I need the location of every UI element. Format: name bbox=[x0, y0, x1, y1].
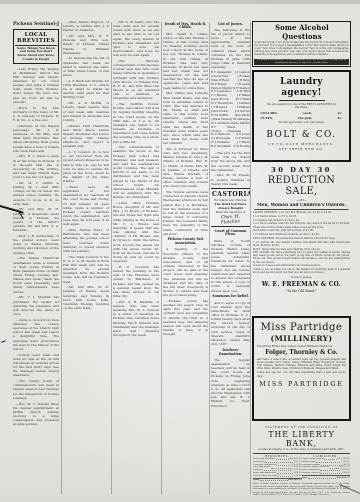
laundry-unit: the pair, bbox=[298, 116, 312, 120]
news-paragraph: —Miss Nannie Hiott, of Bethlehem, who ha… bbox=[63, 228, 109, 253]
news-paragraph: She is survived by three sons and two da… bbox=[163, 147, 208, 189]
partridge-firm: Folger, Thornley & Co. bbox=[259, 349, 344, 356]
laundry-ad-outro: We will appreciate your patronage. bbox=[257, 121, 346, 124]
freeman-co-name: W. E. FREEMAN & CO. bbox=[255, 281, 347, 288]
bank-item-label: Checks and cash items bbox=[253, 475, 278, 478]
castoria-line2: The Kind You Have Always Bought bbox=[211, 202, 250, 210]
laundry-unit: each, bbox=[303, 111, 312, 115]
news-column-4: Death of Mrs. Heath B. Childs.Mrs. Sarah… bbox=[163, 20, 208, 496]
news-paragraph: —L. T. Cureton, Jr., is now so far recov… bbox=[63, 150, 109, 183]
castoria-ad: CASTORIAFor Infants and Children.The Kin… bbox=[211, 188, 250, 228]
bolt-co-name: BOLT & CO. bbox=[259, 129, 344, 140]
leader-dots bbox=[260, 479, 288, 481]
sale-subtitle: Men, Women and Children's Oxfords. bbox=[254, 203, 348, 210]
news-paragraph: —Mr. and Mrs. W. H. Jenkins, of Easley, … bbox=[63, 285, 109, 310]
news-paragraph: —Rev. S. B. Mauldin, of Seneca, who has … bbox=[113, 300, 159, 337]
column-text-flow: —Last Friday the singing at Bethlehem ch… bbox=[13, 67, 59, 427]
sale-title: REDUCTION SALE, bbox=[255, 175, 348, 197]
article-headline: Court of Common Pleas. bbox=[211, 230, 250, 238]
news-paragraph: —Little Miss Hiddens Bruce, daughter of … bbox=[113, 201, 159, 263]
laundry-price-list: COLLARS,each,2c.CUFFS,the pair,4c. bbox=[257, 111, 346, 120]
sale-line: 1 lot, button, all over Patent Leather, … bbox=[253, 241, 350, 247]
column-rule bbox=[209, 22, 210, 494]
bank-located-line: located at Liberty, S. C., at the close … bbox=[253, 448, 350, 451]
miss-partridge-millinery-ad: Miss Partridge (MILLINERY) Everything Br… bbox=[252, 316, 351, 421]
bank-total-row: Total$42,499.73 bbox=[253, 478, 302, 482]
sale-line: 1 lot, better grade, $1.75 to $2.25. bbox=[253, 215, 350, 218]
news-paragraph: —J. F. Bush left Sunday for Little Mount… bbox=[63, 79, 109, 100]
partridge-line2: and have a select line of pattern hats, … bbox=[257, 358, 346, 370]
news-paragraph: —Quite a crowd from here attended the cl… bbox=[13, 318, 59, 351]
news-paragraph: —R. E. Goodwin has rented the building i… bbox=[113, 265, 159, 298]
advertising-column: Some Alcohol Questions Is alcohol a toni… bbox=[252, 20, 353, 498]
bank-note2: Sworn to and subscribed before me this 4… bbox=[253, 492, 350, 497]
local-brevities-subtitle: Some Things You Know and Some You Don't … bbox=[15, 47, 57, 62]
laundry-item: COLLARS, bbox=[261, 111, 278, 115]
juror-name: E D Robins bbox=[234, 145, 250, 149]
laundry-item: CUFFS, bbox=[261, 116, 273, 120]
article-headline: Pickens County Fair Association. bbox=[163, 238, 208, 246]
news-paragraph: —Pickens county has another big peach cr… bbox=[163, 299, 208, 336]
freeman-tagline: "At the Old Stand." bbox=[253, 289, 350, 293]
bank-table: RESOURCES. Loans and discounts$28,662.90… bbox=[253, 453, 350, 482]
bank-liabilities-rows: Capital stock paid in$15,000.00Surplus f… bbox=[302, 458, 351, 479]
news-paragraph: —Cotton seed meal and hulls for sale at … bbox=[13, 353, 59, 378]
divider-rule bbox=[279, 100, 325, 101]
article-headline: Teachers' Examination. bbox=[211, 349, 250, 357]
news-paragraph: —The county board of commissioners will … bbox=[13, 379, 59, 400]
bank-note1: State of South Carolina, County of Picke… bbox=[253, 483, 350, 491]
bank-item-amount: 600.00 bbox=[343, 472, 351, 475]
partridge-subtitle: (MILLINERY) bbox=[257, 334, 346, 343]
news-paragraph: —The Misses Hendricks entertained quite … bbox=[13, 256, 59, 293]
castoria-line1: For Infants and Children. bbox=[211, 199, 250, 202]
news-paragraph: —Rev. W. T. Duncan filled his regular ap… bbox=[13, 402, 59, 427]
column-rule bbox=[111, 22, 112, 494]
column-rule bbox=[161, 22, 162, 494]
bank-line-item: Checks and cash items310.90 bbox=[253, 475, 302, 478]
column-text-flow: Death of Mrs. Heath B. Childs.Mrs. Sarah… bbox=[163, 23, 208, 337]
sale-30-day-line: 30 DAY 30 bbox=[253, 166, 350, 174]
column-text-flow: —Miss Fannie Hagood, of Liberty, is visi… bbox=[63, 20, 109, 310]
sale-line: BOYS OXFORDS. We advise the famous Baron… bbox=[253, 237, 350, 240]
sale-line: 1 lot Misses and Children's Oxfords, at … bbox=[253, 233, 350, 236]
bank-total-label: Total bbox=[302, 477, 308, 480]
castoria-signature: Chas. H. Fletcher. bbox=[211, 213, 250, 226]
laundry-ad-title: Laundry agency! bbox=[261, 76, 343, 98]
bank-resources: RESOURCES. Loans and discounts$28,662.90… bbox=[253, 453, 302, 482]
news-paragraph: And to serve a copy of your answer upon … bbox=[211, 301, 250, 347]
laundry-bolt-ad: Laundry agency! We are agents for one of… bbox=[252, 70, 351, 162]
news-paragraph: —Mr. W. T. Griffin is putting up a neat … bbox=[13, 181, 59, 206]
news-paragraph: State of South Carolina, County of Picke… bbox=[211, 239, 250, 293]
bolt-co-line2: SEE THEIR NEW AD. bbox=[257, 147, 346, 151]
alcohol-ad-title: Some Alcohol Questions bbox=[257, 23, 345, 41]
news-paragraph: The funeral services were conducted at S… bbox=[163, 190, 208, 236]
news-paragraph: —Mr. G. W. Gantt, who has been quite sic… bbox=[113, 20, 159, 57]
news-paragraph: —Mrs. M. M. Pressly is visiting relative… bbox=[211, 173, 250, 185]
sale-closing: Yours to please, bbox=[253, 275, 350, 279]
laundry-ad-intro: We are agents for one of the BEST LAUNDR… bbox=[266, 103, 338, 110]
bank-resources-rows: Loans and discounts$28,662.90Overdrafts4… bbox=[253, 458, 302, 482]
bank-item-label: Cashier's checks bbox=[302, 472, 320, 475]
news-paragraph: —The commissioners to examine the books … bbox=[113, 145, 159, 199]
alcohol-ad-footer: We publish our formulas. We banish alcoh… bbox=[254, 59, 349, 65]
bank-name: THE LIBERTY BANK, bbox=[254, 430, 348, 448]
bank-total-label: Total bbox=[253, 479, 259, 482]
freeman-reduction-sale-ad: 30 DAY 30 REDUCTION SALE, —ON— Men, Wome… bbox=[252, 166, 351, 314]
news-paragraph: —Mr. and Mrs. R. F. Parsons and little s… bbox=[63, 34, 109, 55]
news-paragraph: —Mr. T. J. Mauldin has purchased the vac… bbox=[13, 295, 59, 316]
sale-on-line: —ON— bbox=[253, 198, 350, 202]
article-headline: Summons for Relief. bbox=[211, 295, 250, 299]
sale-line: 1 lot Snow Leather and Vici Kid Oxfords.… bbox=[253, 222, 350, 228]
news-column-5: List of Jurors.The following is the list… bbox=[211, 20, 250, 496]
partridge-title: Miss Partridge bbox=[259, 321, 344, 333]
local-brevities-box: LOCAL BREVITIES Some Things You Know and… bbox=[13, 29, 59, 64]
partridge-footer: MISS PARTRIDGE bbox=[257, 380, 346, 388]
news-paragraph: —Mrs. R. L. Davis is quite ill at her ho… bbox=[13, 154, 59, 179]
masthead-title: Pickens Sentinel-Journal bbox=[13, 21, 52, 27]
article-headline: Death of Mrs. Heath B. Childs. bbox=[163, 23, 208, 31]
news-paragraph: Mrs. Sarah E. Childs, widow of the late … bbox=[163, 32, 208, 90]
news-paragraph: —Mr. A. P. McFall, of Liberty, spent sev… bbox=[63, 101, 109, 122]
sale-line: Old Ladies Comforts, with felt bottom, a… bbox=[253, 229, 350, 232]
news-paragraph: —The Fairview correspondent of the Keowe… bbox=[113, 59, 159, 101]
column-rule bbox=[61, 22, 62, 494]
bank-liabilities: LIABILITIES. Capital stock paid in$15,00… bbox=[302, 453, 351, 482]
ayers-alcohol-questions-ad: Some Alcohol Questions Is alcohol a toni… bbox=[252, 21, 351, 67]
local-brevities-title: LOCAL BREVITIES bbox=[15, 32, 57, 46]
laundry-price: 2c. bbox=[338, 111, 343, 115]
news-paragraph: —Born, to the wife (formerly of this tow… bbox=[13, 106, 59, 123]
news-paragraph: —Married, at the Baptist parsonage, Mr. … bbox=[13, 124, 59, 153]
sale-line: LADIES OXFORDS: 1 lot Vici Kid, Blucher … bbox=[253, 211, 350, 214]
juror-name-row: R P McJunkinE D Robins bbox=[211, 145, 250, 149]
news-paragraph: A meeting of the Executive officers of t… bbox=[163, 247, 208, 297]
news-paragraph: —Last Friday the singing at Bethlehem ch… bbox=[13, 67, 59, 104]
news-paragraph: —The State Council of the Jr. O. U. A. M… bbox=[63, 255, 109, 284]
juror-name-list: B T AlexanderJ J CannonJohn W FewJ B All… bbox=[211, 71, 250, 149]
news-paragraph: Mrs. Childs was formerly Miss Sarah Bowi… bbox=[163, 91, 208, 145]
castoria-title: CASTORIA bbox=[212, 190, 249, 198]
leader-dots bbox=[278, 475, 293, 477]
news-paragraph: —Messrs Felix Hendricks and Watie Bruce … bbox=[63, 124, 109, 149]
liberty-bank-statement: STATEMENT OF THE CONDITION OF THE LIBERT… bbox=[252, 425, 351, 497]
leader-dots bbox=[320, 472, 342, 474]
sale-line: 1 lot ladies Tan Oxfords, $1.50 to $2. bbox=[253, 219, 350, 222]
bolt-co-line1: UP-TO-DATE MERCHANTS. bbox=[257, 142, 346, 146]
column-text-flow: List of Jurors.The following is the list… bbox=[211, 23, 250, 408]
news-paragraph: —There were 40 applicants at the examina… bbox=[63, 185, 109, 227]
news-column-3: —Mr. G. W. Gantt, who has been quite sic… bbox=[113, 20, 159, 496]
laundry-price-row: COLLARS,each,2c. bbox=[261, 111, 343, 115]
laundry-price-row: CUFFS,the pair,4c. bbox=[261, 116, 343, 120]
article-headline: List of Jurors. bbox=[211, 23, 250, 27]
sale-line: A big lot of Laces and embroidery at a r… bbox=[253, 264, 350, 267]
news-paragraph: —In announcing the list of graduates las… bbox=[63, 56, 109, 77]
bank-total-amount: $42,499.73 bbox=[337, 477, 350, 480]
bank-total-row: Total$42,499.73 bbox=[302, 475, 351, 479]
news-paragraph: —The jury for the first week will be dra… bbox=[211, 151, 250, 172]
bank-item-amount: 310.90 bbox=[294, 475, 302, 478]
bank-line-item: Cashier's checks600.00 bbox=[302, 472, 351, 475]
alcohol-ad-body: Is alcohol a tonic? No! Does it make the… bbox=[255, 42, 349, 57]
news-column-1: Pickens Sentinel-Journal LOCAL BREVITIES… bbox=[13, 20, 59, 496]
news-column-2: —Miss Fannie Hagood, of Liberty, is visi… bbox=[63, 20, 109, 496]
news-paragraph: The following is the list of jurors draw… bbox=[211, 28, 250, 70]
sale-item-lines: LADIES OXFORDS: 1 lot Vici Kid, Blucher … bbox=[253, 211, 350, 274]
column-rule bbox=[250, 22, 251, 494]
sale-line: DRY GOODS. We have something nice to sho… bbox=[253, 251, 350, 263]
column-text-flow: —Mr. G. W. Gantt, who has been quite sic… bbox=[113, 20, 159, 337]
news-paragraph: The regular examination for teachers wil… bbox=[211, 358, 250, 408]
partridge-line3: Come and see me, you will find everythin… bbox=[257, 371, 346, 377]
newspaper-page: Pickens Sentinel-Journal LOCAL BREVITIES… bbox=[0, 4, 360, 502]
newspaper-scan: Pickens Sentinel-Journal LOCAL BREVITIES… bbox=[0, 0, 360, 502]
bank-total-amount: $42,499.73 bbox=[288, 479, 301, 482]
news-paragraph: —The DeWitts Corner Poultry Association … bbox=[113, 102, 159, 144]
sale-line: Come to see us when you are in the marke… bbox=[253, 268, 350, 274]
news-paragraph: —Miss Fannie Hagood, of Liberty, is visi… bbox=[63, 20, 109, 32]
partridge-line1: Everything Brand New. I have opened Mill… bbox=[257, 345, 346, 348]
news-paragraph: —Prof. J. B. Sutherland, of the graded s… bbox=[13, 234, 59, 255]
laundry-price: 4c. bbox=[338, 116, 343, 120]
bank-statement-pre: STATEMENT OF THE CONDITION OF bbox=[253, 425, 350, 429]
sale-line: HATS. Straw hats for men and children, f… bbox=[253, 248, 350, 251]
juror-name: R P McJunkin bbox=[211, 145, 231, 149]
leader-dots bbox=[308, 477, 336, 479]
